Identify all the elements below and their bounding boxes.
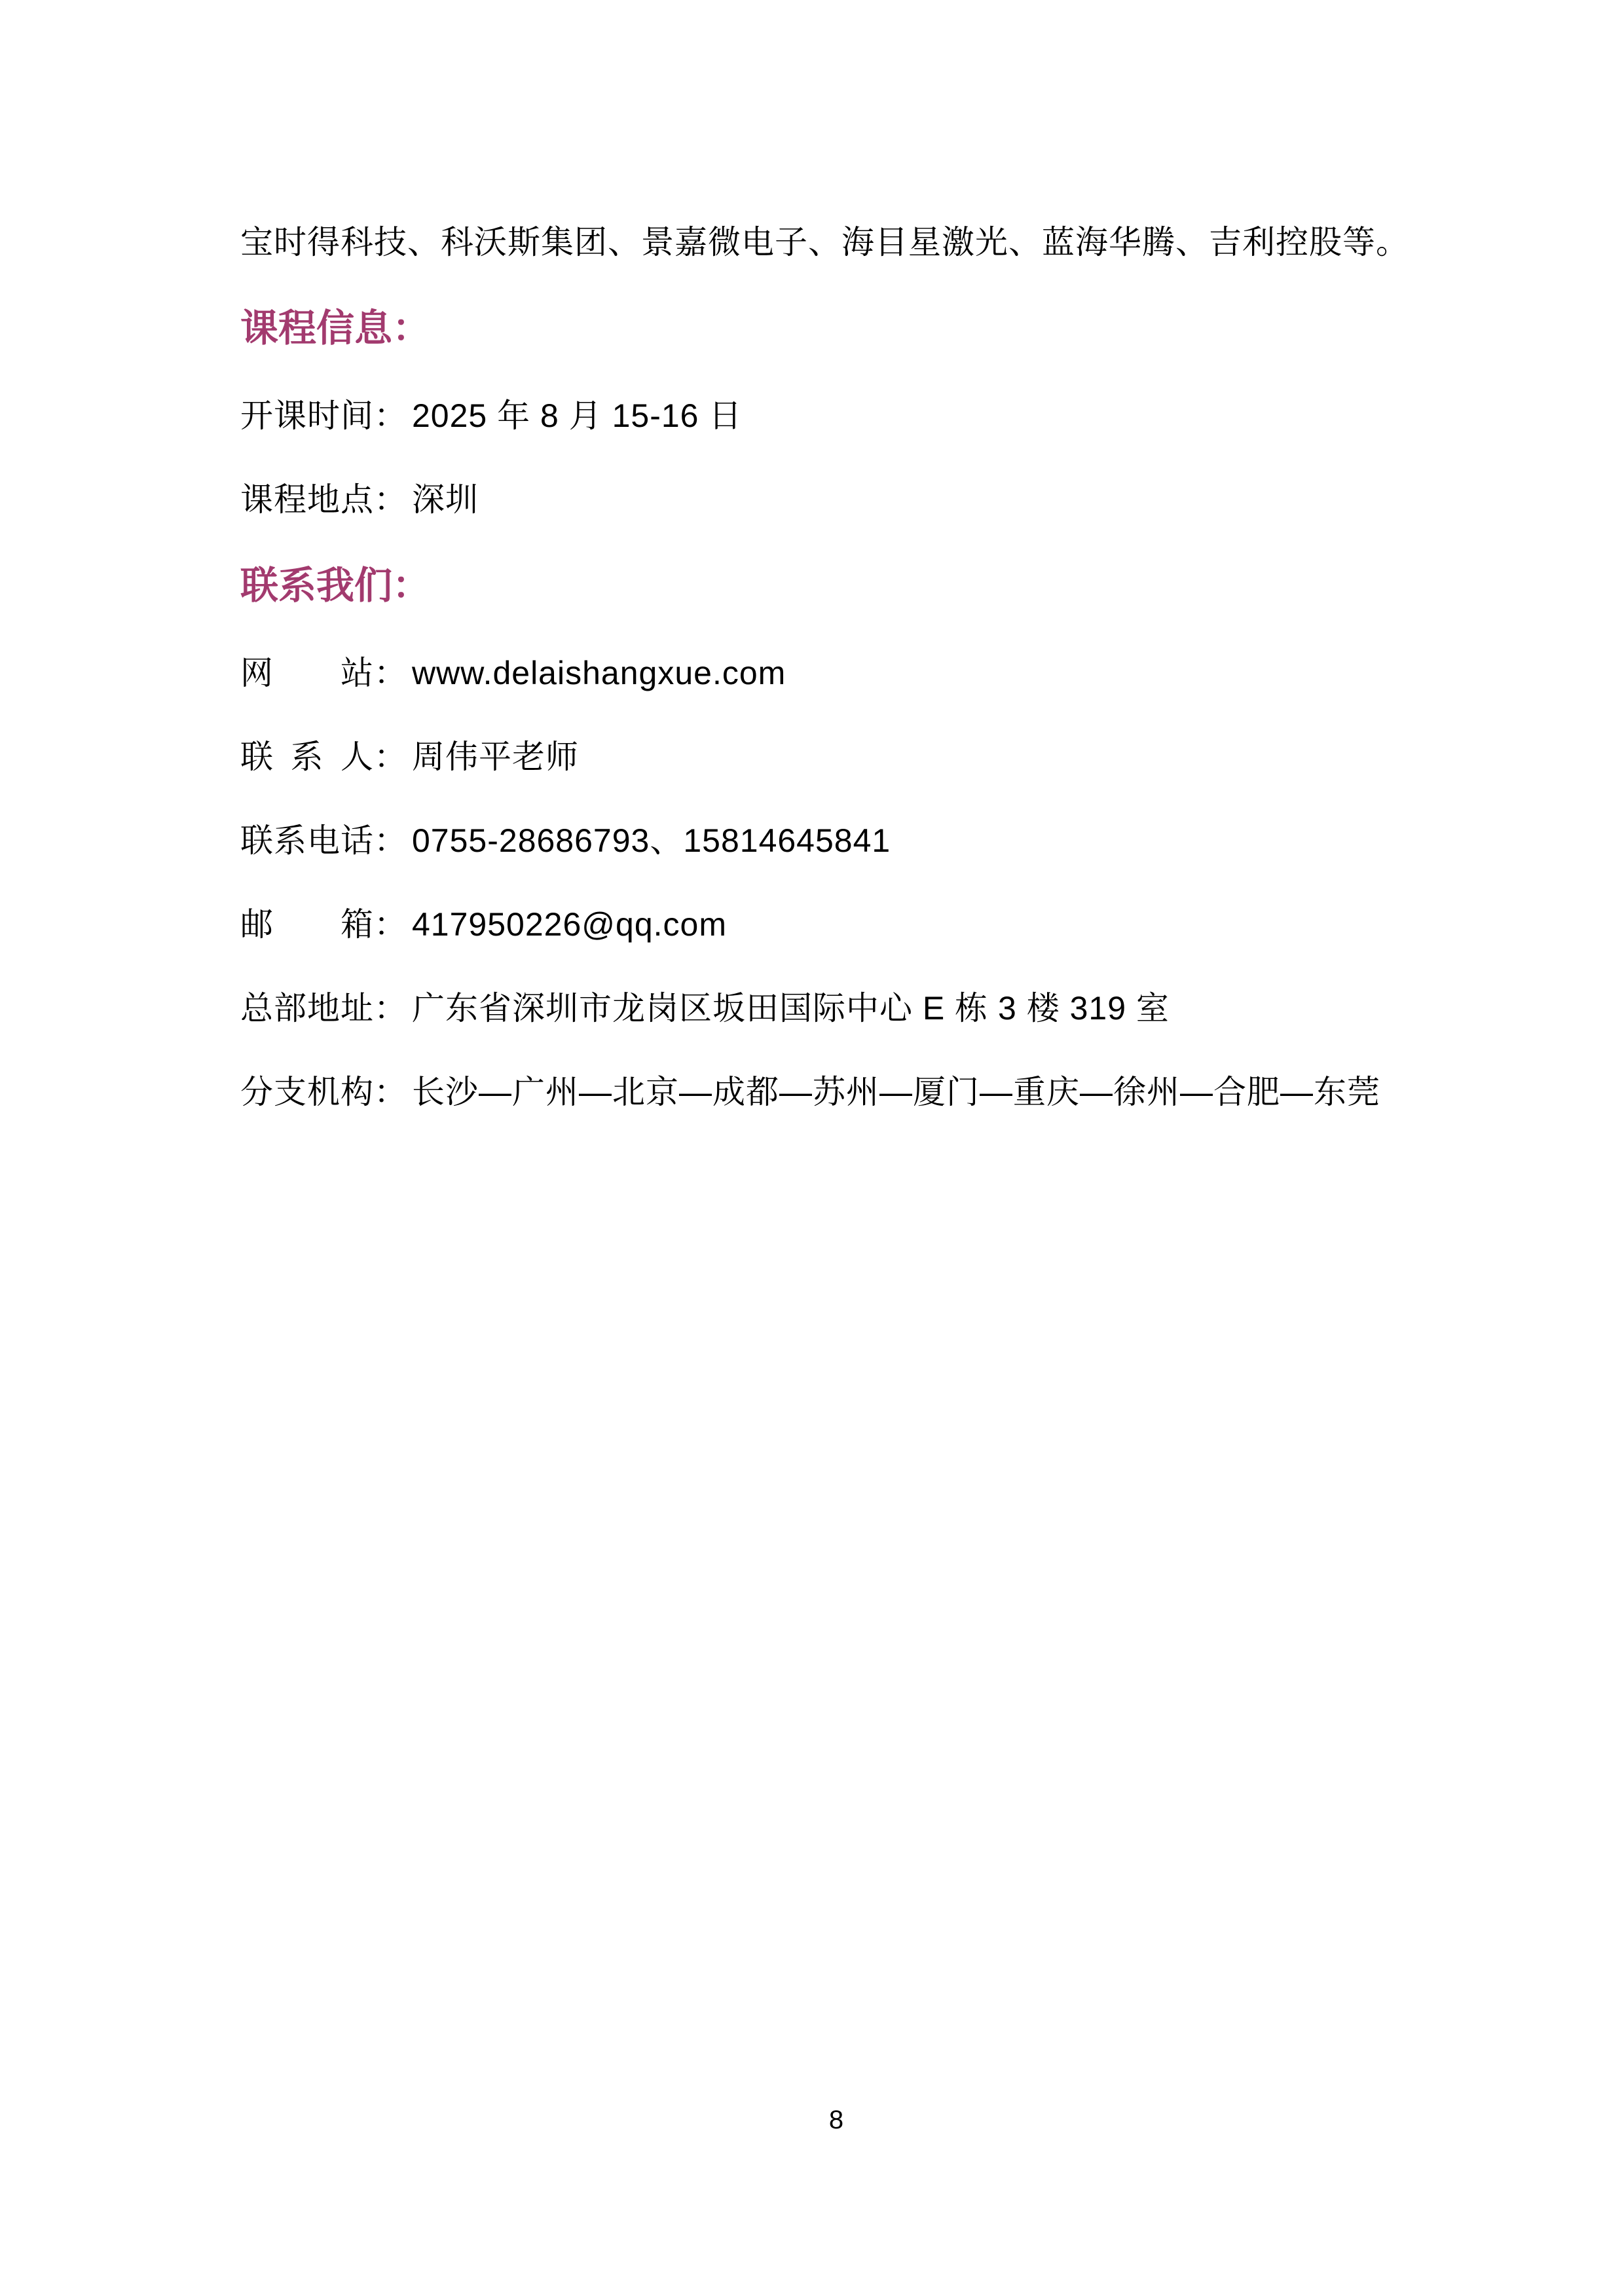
phone-label: 联系电话 [240,824,374,857]
course-location-row: 课程地点：深圳 [240,483,1506,516]
document-body: 宝时得科技、科沃斯集团、景嘉微电子、海目星激光、蓝海华腾、吉利控股等。 课程信息… [240,226,1506,1159]
email-row: 邮箱：417950226@qq.com [240,908,1506,941]
hq-address-label: 总部地址 [240,992,374,1025]
email-value: 417950226@qq.com [412,906,727,943]
contact-person-value: 周伟平老师 [412,738,579,775]
page-number: 8 [240,2105,1432,2134]
email-colon: ： [374,908,412,941]
course-start-value: 2025 年 8 月 15-16 日 [412,397,742,434]
contact-person-row: 联系人：周伟平老师 [240,740,1506,773]
course-location-label: 课程地点 [240,483,374,516]
course-info-heading: 课程信息： [240,310,1506,348]
branches-value: 长沙—广州—北京—成都—苏州—厦门—重庆—徐州—合肥—东莞 [412,1074,1380,1110]
contact-heading: 联系我们： [240,567,1506,605]
document-page: 宝时得科技、科沃斯集团、景嘉微电子、海目星激光、蓝海华腾、吉利控股等。 课程信息… [0,0,1624,2296]
website-value: www.delaishangxue.com [412,655,786,691]
contact-person-colon: ： [374,740,412,773]
hq-address-value: 广东省深圳市龙岗区坂田国际中心 E 栋 3 楼 319 室 [412,990,1170,1027]
course-start-label: 开课时间 [240,399,374,432]
website-row: 网站：www.delaishangxue.com [240,657,1506,689]
website-colon: ： [374,657,412,689]
contact-person-label: 联系人 [240,740,374,773]
course-location-colon: ： [374,483,412,516]
branches-colon: ： [374,1076,412,1108]
branches-label: 分支机构 [240,1076,374,1108]
email-label: 邮箱 [240,908,374,941]
course-location-value: 深圳 [412,481,479,518]
phone-value: 0755-28686793、15814645841 [412,822,891,859]
course-start-colon: ： [374,399,412,432]
hq-address-row: 总部地址：广东省深圳市龙岗区坂田国际中心 E 栋 3 楼 319 室 [240,992,1506,1025]
website-label: 网站 [240,657,374,689]
intro-line: 宝时得科技、科沃斯集团、景嘉微电子、海目星激光、蓝海华腾、吉利控股等。 [240,226,1506,259]
course-start-row: 开课时间：2025 年 8 月 15-16 日 [240,399,1506,432]
hq-address-colon: ： [374,992,412,1025]
phone-row: 联系电话：0755-28686793、15814645841 [240,824,1506,857]
phone-colon: ： [374,824,412,857]
branches-row: 分支机构：长沙—广州—北京—成都—苏州—厦门—重庆—徐州—合肥—东莞 [240,1076,1506,1108]
